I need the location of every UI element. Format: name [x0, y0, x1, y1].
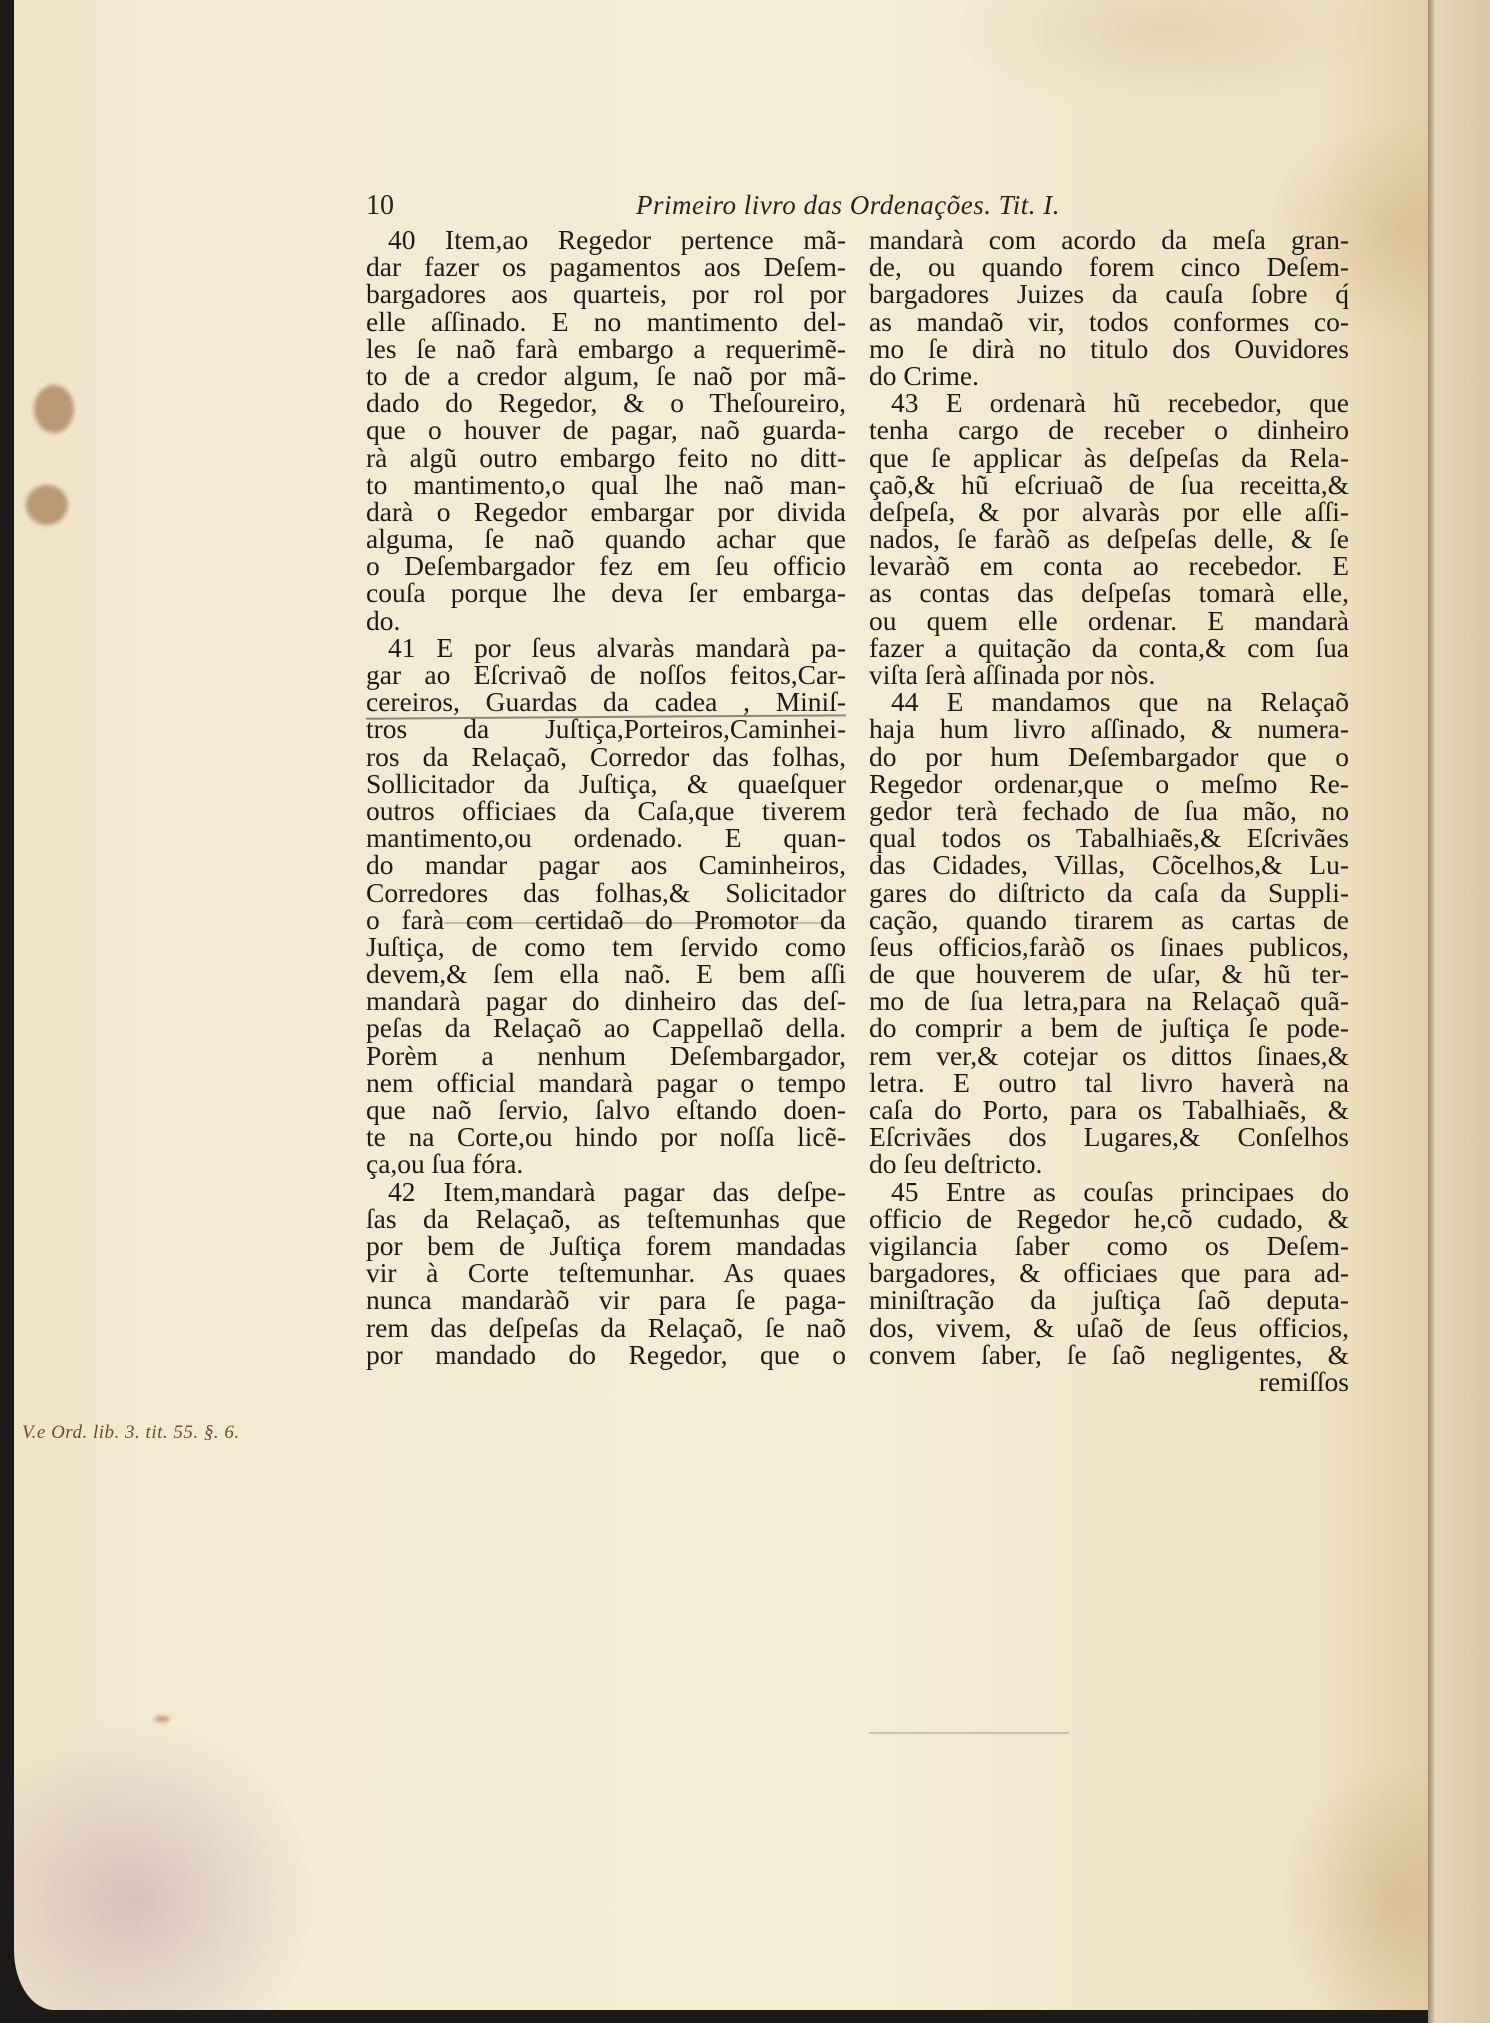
- text-line: rem das deſpeſas da Relaçaõ, ſe naõ: [366, 1314, 846, 1341]
- ink-stain: [34, 385, 74, 433]
- text-line: dar fazer os pagamentos aos Deſem-: [366, 253, 846, 280]
- text-line: que ſe applicar às deſpeſas da Rela-: [869, 444, 1349, 471]
- text-line: elle aſſinado. E no mantimento del-: [366, 308, 846, 335]
- text-line: do comprir a bem de juſtiça ſe pode-: [869, 1014, 1349, 1041]
- text-line: ou quem elle ordenar. E mandarà: [869, 607, 1349, 634]
- catchword: remiſſos: [869, 1368, 1349, 1395]
- text-line: nados, ſe faràõ as deſpeſas delle, & ſe: [869, 525, 1349, 552]
- text-line: ſeus officios,faràõ os ſinaes publicos,: [869, 933, 1349, 960]
- text-line: ſas da Relaçaõ, as teſtemunhas que: [366, 1205, 846, 1232]
- text-line: Corredores das folhas,& Solicitador: [366, 879, 846, 906]
- text-line: 44 E mandamos que na Relaçaõ: [869, 688, 1349, 715]
- text-line: mo ſe dirà no titulo dos Ouvidores: [869, 335, 1349, 362]
- text-line: vir à Corte teſtemunhar. As quaes: [366, 1259, 846, 1286]
- text-line: tros da Juſtiça,Porteiros,Caminhei-: [366, 715, 846, 742]
- text-line: que naõ ſervio, ſalvo eſtando doen-: [366, 1096, 846, 1123]
- text-line: outros officiaes da Caſa,que tiverem: [366, 797, 846, 824]
- paper-crease: [869, 1732, 1069, 1734]
- text-line: por mandado do Regedor, que o: [366, 1341, 846, 1368]
- text-line: dado do Regedor, & o Theſoureiro,: [366, 389, 846, 416]
- text-line: convem ſaber, ſe ſaõ negligentes, &: [869, 1341, 1349, 1368]
- book-page: 10 Primeiro livro das Ordenações. Tit. I…: [14, 0, 1434, 2010]
- text-line: das Cidades, Villas, Cõcelhos,& Lu-: [869, 851, 1349, 878]
- text-line: haja hum livro aſſinado, & numera-: [869, 715, 1349, 742]
- text-line: couſa porque lhe deva ſer embarga-: [366, 579, 846, 606]
- right-column: mandarà com acordo da meſa gran-de, ou q…: [869, 226, 1349, 1395]
- text-line: as contas das deſpeſas tomarà elle,: [869, 579, 1349, 606]
- ink-stain: [26, 485, 68, 525]
- text-line: gar ao Eſcrivaõ de noſſos feitos,Car-: [366, 661, 846, 688]
- text-line: devem,& ſem ella naõ. E bem aſſi: [366, 960, 846, 987]
- text-line: 41 E por ſeus alvaràs mandarà pa-: [366, 634, 846, 661]
- running-title: Primeiro livro das Ordenações. Tit. I.: [636, 190, 1060, 221]
- text-line: Sollicitador da Juſtiça, & quaeſquer: [366, 770, 846, 797]
- text-line: Regedor ordenar,que o meſmo Re-: [869, 770, 1349, 797]
- text-line: cação, quando tirarem as cartas de: [869, 906, 1349, 933]
- text-line: caſa do Porto, para os Tabalhiaẽs, &: [869, 1096, 1349, 1123]
- text-line: que o houver de pagar, naõ guarda-: [366, 416, 846, 443]
- left-column: 40 Item,ao Regedor pertence mã-dar fazer…: [366, 226, 846, 1368]
- text-line: alguma, ſe naõ quando achar que: [366, 525, 846, 552]
- text-line: Juſtiça, de como tem ſervido como: [366, 933, 846, 960]
- text-line: fazer a quitação da conta,& com ſua: [869, 634, 1349, 661]
- text-line: 43 E ordenarà hũ recebedor, que: [869, 389, 1349, 416]
- text-line: ros da Relaçaõ, Corredor das folhas,: [366, 743, 846, 770]
- text-line: tenha cargo de receber o dinheiro: [869, 416, 1349, 443]
- text-line: 45 Entre as couſas principaes do: [869, 1178, 1349, 1205]
- text-line: 42 Item,mandarà pagar das deſpe-: [366, 1178, 846, 1205]
- text-line: dos, vivem, & uſaõ de ſeus officios,: [869, 1314, 1349, 1341]
- text-line: rà algũ outro embargo feito no ditt-: [366, 444, 846, 471]
- text-line: nunca mandaràõ vir para ſe paga-: [366, 1286, 846, 1313]
- text-line: deſpeſa, & por alvaràs por elle aſſi-: [869, 498, 1349, 525]
- text-line: mantimento,ou ordenado. E quan-: [366, 824, 846, 851]
- text-line: letra. E outro tal livro haverà na: [869, 1069, 1349, 1096]
- text-line: peſas da Relaçaõ ao Cappellaõ della.: [366, 1014, 846, 1041]
- paper-crease: [444, 922, 824, 924]
- text-line: darà o Regedor embargar por divida: [366, 498, 846, 525]
- text-line: 40 Item,ao Regedor pertence mã-: [366, 226, 846, 253]
- text-line: mandarà pagar do dinheiro das deſ-: [366, 987, 846, 1014]
- text-line: Eſcrivães dos Lugares,& Conſelhos: [869, 1123, 1349, 1150]
- text-line: to mantimento,o qual lhe naõ man-: [366, 471, 846, 498]
- text-line: nem official mandarà pagar o tempo: [366, 1069, 846, 1096]
- text-line: mandarà com acordo da meſa gran-: [869, 226, 1349, 253]
- text-line: te na Corte,ou hindo por noſſa licẽ-: [366, 1123, 846, 1150]
- ink-stain: [154, 1716, 170, 1722]
- manuscript-margin-note: V.e Ord. lib. 3. tit. 55. §. 6.: [22, 1422, 240, 1444]
- text-line: do.: [366, 607, 846, 634]
- text-line: por bem de Juſtiça forem mandadas: [366, 1232, 846, 1259]
- text-line: çaõ,& hũ eſcriuaõ de ſua receitta,&: [869, 471, 1349, 498]
- text-line: do Crime.: [869, 362, 1349, 389]
- text-line: ça,ou ſua fóra.: [366, 1150, 846, 1177]
- text-line: bargadores Juizes da cauſa ſobre q́: [869, 280, 1349, 307]
- text-line: rem ver,& cotejar os dittos ſinaes,&: [869, 1042, 1349, 1069]
- text-line: de, ou quando forem cinco Deſem-: [869, 253, 1349, 280]
- text-line: cereiros, Guardas da cadea , Miniſ-: [366, 688, 846, 715]
- text-line: vigilancia ſaber como os Deſem-: [869, 1232, 1349, 1259]
- text-line: o farà com certidaõ do Promotor da: [366, 906, 846, 933]
- text-line: to de a credor algum, ſe naõ por mã-: [366, 362, 846, 389]
- text-line: levaràõ em conta ao recebedor. E: [869, 552, 1349, 579]
- text-line: officio de Regedor he,cõ cudado, &: [869, 1205, 1349, 1232]
- text-line: gares do diſtricto da caſa da Suppli-: [869, 879, 1349, 906]
- text-line: qual todos os Tabalhiaẽs,& Eſcrivães: [869, 824, 1349, 851]
- text-line: gedor terà fechado de ſua mão, no: [869, 797, 1349, 824]
- text-line: viſta ſerà aſſinada por nòs.: [869, 661, 1349, 688]
- text-line: do por hum Deſembargador que o: [869, 743, 1349, 770]
- text-line: les ſe naõ farà embargo a requerimẽ-: [366, 335, 846, 362]
- text-line: do mandar pagar aos Caminheiros,: [366, 851, 846, 878]
- page-number: 10: [366, 190, 394, 222]
- text-line: Porèm a nenhum Deſembargador,: [366, 1042, 846, 1069]
- text-line: bargadores, & officiaes que para ad-: [869, 1259, 1349, 1286]
- running-header: 10 Primeiro livro das Ordenações. Tit. I…: [366, 190, 1366, 226]
- text-line: as mandaõ vir, todos conformes co-: [869, 308, 1349, 335]
- adjacent-page-edge: [1428, 0, 1490, 2023]
- text-line: de que houverem de uſar, & hũ ter-: [869, 960, 1349, 987]
- text-line: miniſtração da juſtiça ſaõ deputa-: [869, 1286, 1349, 1313]
- text-line: bargadores aos quarteis, por rol por: [366, 280, 846, 307]
- text-line: do ſeu deſtricto.: [869, 1150, 1349, 1177]
- text-line: o Deſembargador fez em ſeu officio: [366, 552, 846, 579]
- text-line: mo de ſua letra,para na Relaçaõ quã-: [869, 987, 1349, 1014]
